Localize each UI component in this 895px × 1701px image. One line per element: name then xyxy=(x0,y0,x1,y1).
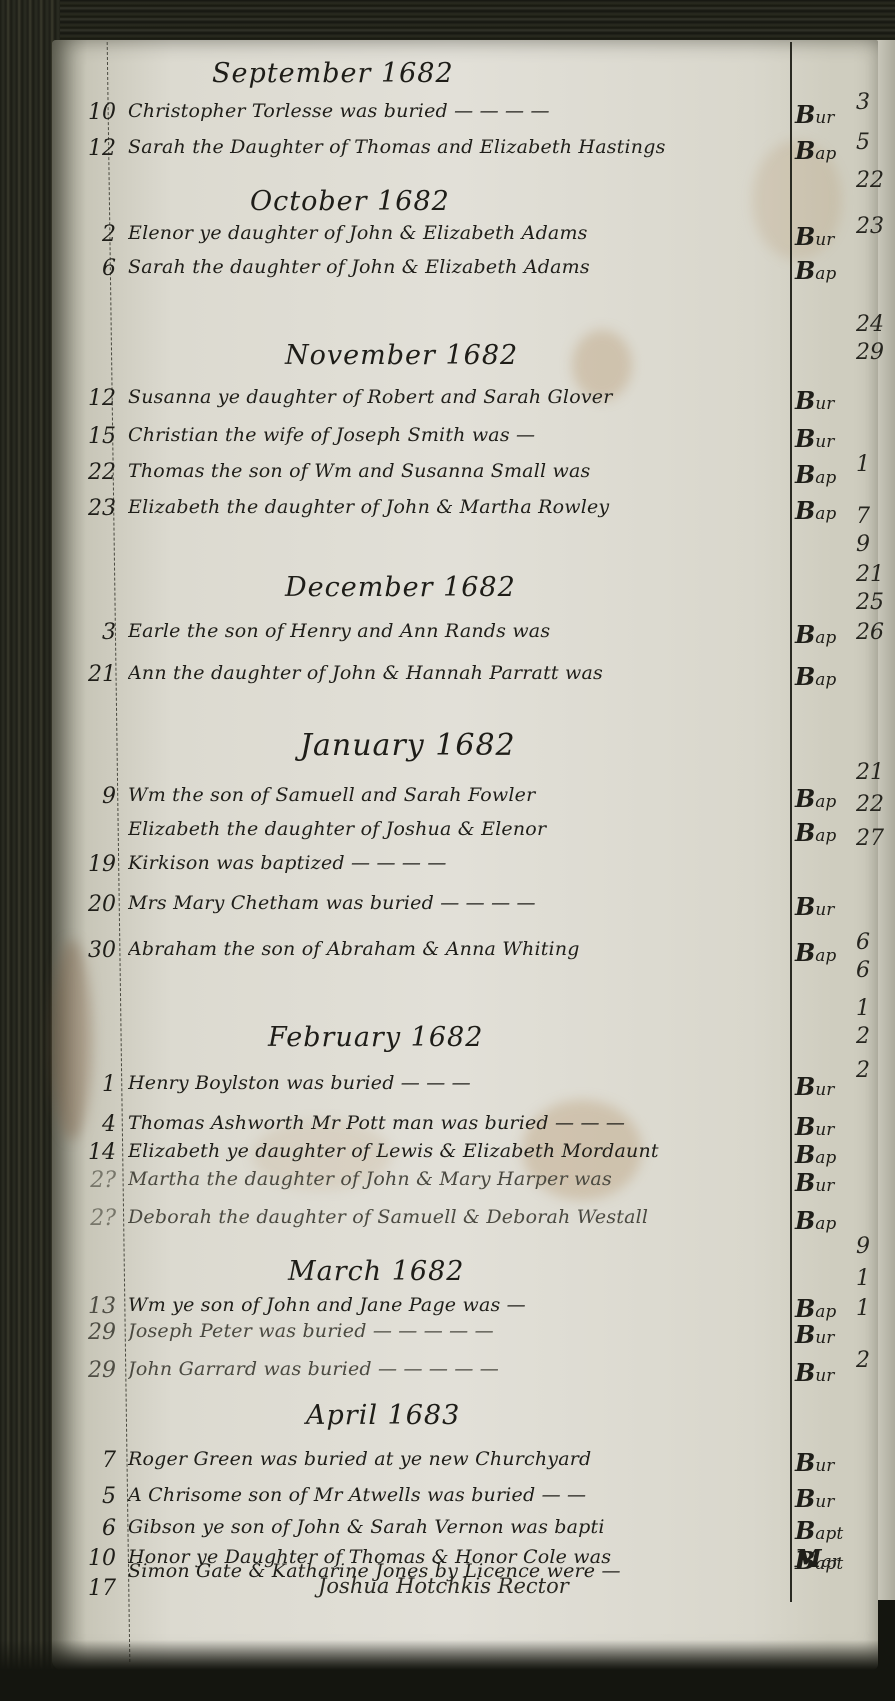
adjacent-day-number: 1 xyxy=(856,452,870,477)
entry-kind-label: Bur xyxy=(795,222,845,251)
entry-kind-label: Bap xyxy=(795,784,845,813)
entry-day: 29 xyxy=(68,1320,116,1345)
entry-text: Elizabeth the daughter of John & Martha … xyxy=(128,496,788,518)
entry-text: Thomas Ashworth Mr Pott man was buried —… xyxy=(128,1112,788,1134)
entry-day: 7 xyxy=(68,1448,116,1473)
register-entry: 20 Mrs Mary Chetham was buried — — — — B… xyxy=(0,892,895,922)
entry-text: Christopher Torlesse was buried — — — — xyxy=(128,100,788,122)
entry-text: Wm ye son of John and Jane Page was — xyxy=(128,1294,788,1316)
entry-day: 6 xyxy=(68,256,116,281)
register-entry: 29 John Garrard was buried — — — — — Bur xyxy=(0,1358,895,1388)
entry-text: Henry Boylston was buried — — — xyxy=(128,1072,788,1094)
entry-text: Deborah the daughter of Samuell & Debora… xyxy=(128,1206,788,1228)
adjacent-day-number: 24 xyxy=(856,312,884,337)
month-heading-march-1682: March 1682 xyxy=(288,1256,464,1287)
month-heading-september-1682: September 1682 xyxy=(212,58,454,89)
entry-kind-label: Bur xyxy=(795,1448,845,1477)
entry-text: Kirkison was baptized — — — — xyxy=(128,852,788,874)
register-entry: 1 Henry Boylston was buried — — — Bur xyxy=(0,1072,895,1102)
entry-text: A Chrisome son of Mr Atwells was buried … xyxy=(128,1484,788,1506)
entry-day: 21 xyxy=(68,662,116,687)
adjacent-day-number: 25 xyxy=(856,590,884,615)
register-entry: 14 Elizabeth ye daughter of Lewis & Eliz… xyxy=(0,1140,895,1170)
adjacent-day-number: 21 xyxy=(856,760,884,785)
entry-day: 29 xyxy=(68,1358,116,1383)
entry-text: Joseph Peter was buried — — — — — xyxy=(128,1320,788,1342)
entry-kind-label: Bur xyxy=(795,1358,845,1387)
entry-kind-label: Bur xyxy=(795,424,845,453)
entry-day: 6 xyxy=(68,1516,116,1541)
register-entry: 15 Christian the wife of Joseph Smith wa… xyxy=(0,424,895,454)
entry-day: 2 xyxy=(68,222,116,247)
entry-kind-label: Bap xyxy=(795,460,845,489)
entry-text: Ann the daughter of John & Hannah Parrat… xyxy=(128,662,788,684)
entry-day: 2? xyxy=(68,1206,116,1231)
entry-kind-label: Bur xyxy=(795,1112,845,1141)
register-entry: 7 Roger Green was buried at ye new Churc… xyxy=(0,1448,895,1478)
adjacent-day-number: 3 xyxy=(856,90,870,115)
entry-kind-label: Bap xyxy=(795,938,845,967)
adjacent-day-number: 9 xyxy=(856,1234,870,1259)
rector-signature: Joshua Hotchkis Rector xyxy=(318,1574,569,1598)
entry-kind-label: Bap xyxy=(795,620,845,649)
entry-text: Sarah the Daughter of Thomas and Elizabe… xyxy=(128,136,788,158)
edge-stain xyxy=(52,940,92,1140)
entry-kind-label: Bur xyxy=(795,1072,845,1101)
book-top-edge xyxy=(0,0,895,42)
entry-text: Mrs Mary Chetham was buried — — — — xyxy=(128,892,788,914)
entry-day: 20 xyxy=(68,892,116,917)
adjacent-day-number: 1 xyxy=(856,996,870,1021)
register-entry: 9 Wm the son of Samuell and Sarah Fowler… xyxy=(0,784,895,814)
month-heading-december-1682: December 1682 xyxy=(285,572,516,603)
entry-day: 10 xyxy=(68,100,116,125)
entry-kind-label: Bap xyxy=(795,496,845,525)
entry-kind-label: Bapt xyxy=(795,1516,845,1545)
register-entry: 2? Martha the daughter of John & Mary Ha… xyxy=(0,1168,895,1198)
month-heading-october-1682: October 1682 xyxy=(250,186,450,217)
month-heading-april-1683: April 1683 xyxy=(306,1400,460,1431)
adjacent-day-number: 21 xyxy=(856,562,884,587)
entry-day: 22 xyxy=(68,460,116,485)
register-entry: 22 Thomas the son of Wm and Susanna Smal… xyxy=(0,460,895,490)
entry-day: 12 xyxy=(68,136,116,161)
register-entry: 6 Sarah the daughter of John & Elizabeth… xyxy=(0,256,895,286)
entry-text: Wm the son of Samuell and Sarah Fowler xyxy=(128,784,788,806)
entry-day: 2? xyxy=(68,1168,116,1193)
entry-text: Sarah the daughter of John & Elizabeth A… xyxy=(128,256,788,278)
entry-text: Roger Green was buried at ye new Churchy… xyxy=(128,1448,788,1470)
entry-kind-label: Bur xyxy=(795,1484,845,1513)
adjacent-day-number: 2 xyxy=(856,1024,870,1049)
register-entry: 4 Thomas Ashworth Mr Pott man was buried… xyxy=(0,1112,895,1142)
adjacent-day-number: 9 xyxy=(856,532,870,557)
register-entry: Elizabeth the daughter of Joshua & Eleno… xyxy=(0,818,895,848)
register-entry: 23 Elizabeth the daughter of John & Mart… xyxy=(0,496,895,526)
month-heading-november-1682: November 1682 xyxy=(285,340,518,371)
register-entry: 19 Kirkison was baptized — — — — xyxy=(0,852,895,882)
month-heading-january-1682: January 1682 xyxy=(300,728,516,763)
entry-text: Christian the wife of Joseph Smith was — xyxy=(128,424,788,446)
adjacent-day-number: 1 xyxy=(856,1266,870,1291)
entry-kind-label: Bur xyxy=(795,386,845,415)
entry-text: John Garrard was buried — — — — — xyxy=(128,1358,788,1380)
entry-kind-label: Bap xyxy=(795,1294,845,1323)
entry-kind-label: Bap xyxy=(795,256,845,285)
adjacent-day-number: 5 xyxy=(856,130,870,155)
entry-kind-label: Mar xyxy=(795,1544,845,1573)
adjacent-day-number: 6 xyxy=(856,930,870,955)
entry-day: 3 xyxy=(68,620,116,645)
entry-day: 9 xyxy=(68,784,116,809)
page-bottom-shadow xyxy=(0,1640,895,1701)
register-entry: 12 Sarah the Daughter of Thomas and Eliz… xyxy=(0,136,895,166)
entry-day: 1 xyxy=(68,1072,116,1097)
entry-text: Susanna ye daughter of Robert and Sarah … xyxy=(128,386,788,408)
entry-kind-label: Bap xyxy=(795,662,845,691)
adjacent-day-number: 2 xyxy=(856,1058,870,1083)
entry-kind-label: Bur xyxy=(795,892,845,921)
entry-text: Elenor ye daughter of John & Elizabeth A… xyxy=(128,222,788,244)
entry-kind-label: Bap xyxy=(795,818,845,847)
entry-kind-label: Bur xyxy=(795,1320,845,1349)
adjacent-day-number: 23 xyxy=(856,214,884,239)
entry-day: 23 xyxy=(68,496,116,521)
register-entry: 6 Gibson ye son of John & Sarah Vernon w… xyxy=(0,1516,895,1546)
entry-text: Elizabeth ye daughter of Lewis & Elizabe… xyxy=(128,1140,788,1162)
adjacent-day-number: 26 xyxy=(856,620,884,645)
month-heading-february-1682: February 1682 xyxy=(268,1022,483,1053)
entry-day: 19 xyxy=(68,852,116,877)
entry-day: 14 xyxy=(68,1140,116,1165)
entry-day: 17 xyxy=(68,1576,116,1601)
entry-text: Martha the daughter of John & Mary Harpe… xyxy=(128,1168,788,1190)
entry-day: 12 xyxy=(68,386,116,411)
register-entry: 2? Deborah the daughter of Samuell & Deb… xyxy=(0,1206,895,1236)
register-entry: 10 Christopher Torlesse was buried — — —… xyxy=(0,100,895,130)
adjacent-day-number: 6 xyxy=(856,958,870,983)
entry-kind-label: Bur xyxy=(795,1168,845,1197)
adjacent-day-number: 2 xyxy=(856,1348,870,1373)
entry-text: Abraham the son of Abraham & Anna Whitin… xyxy=(128,938,788,960)
entry-kind-label: Bap xyxy=(795,1140,845,1169)
register-entry: 12 Susanna ye daughter of Robert and Sar… xyxy=(0,386,895,416)
entry-day: 15 xyxy=(68,424,116,449)
register-entry: 3 Earle the son of Henry and Ann Rands w… xyxy=(0,620,895,650)
entry-kind-label: Bur xyxy=(795,100,845,129)
register-entry: 29 Joseph Peter was buried — — — — — Bur xyxy=(0,1320,895,1350)
entry-day: 4 xyxy=(68,1112,116,1137)
entry-text: Elizabeth the daughter of Joshua & Eleno… xyxy=(128,818,788,840)
adjacent-day-number: 29 xyxy=(856,340,884,365)
adjacent-day-number: 1 xyxy=(856,1296,870,1321)
entry-day: 5 xyxy=(68,1484,116,1509)
adjacent-day-number: 7 xyxy=(856,504,870,529)
entry-kind-label: Bap xyxy=(795,1206,845,1235)
register-entry: 2 Elenor ye daughter of John & Elizabeth… xyxy=(0,222,895,252)
entry-text: Gibson ye son of John & Sarah Vernon was… xyxy=(128,1516,788,1538)
register-entry: 21 Ann the daughter of John & Hannah Par… xyxy=(0,662,895,692)
adjacent-day-number: 22 xyxy=(856,792,884,817)
register-entry: 5 A Chrisome son of Mr Atwells was burie… xyxy=(0,1484,895,1514)
register-entry: 30 Abraham the son of Abraham & Anna Whi… xyxy=(0,938,895,968)
entry-text: Thomas the son of Wm and Susanna Small w… xyxy=(128,460,788,482)
entry-day: 13 xyxy=(68,1294,116,1319)
adjacent-day-number: 27 xyxy=(856,826,884,851)
entry-kind-label: Bap xyxy=(795,136,845,165)
entry-text: Earle the son of Henry and Ann Rands was xyxy=(128,620,788,642)
entry-day: 30 xyxy=(68,938,116,963)
adjacent-day-number: 22 xyxy=(856,168,884,193)
